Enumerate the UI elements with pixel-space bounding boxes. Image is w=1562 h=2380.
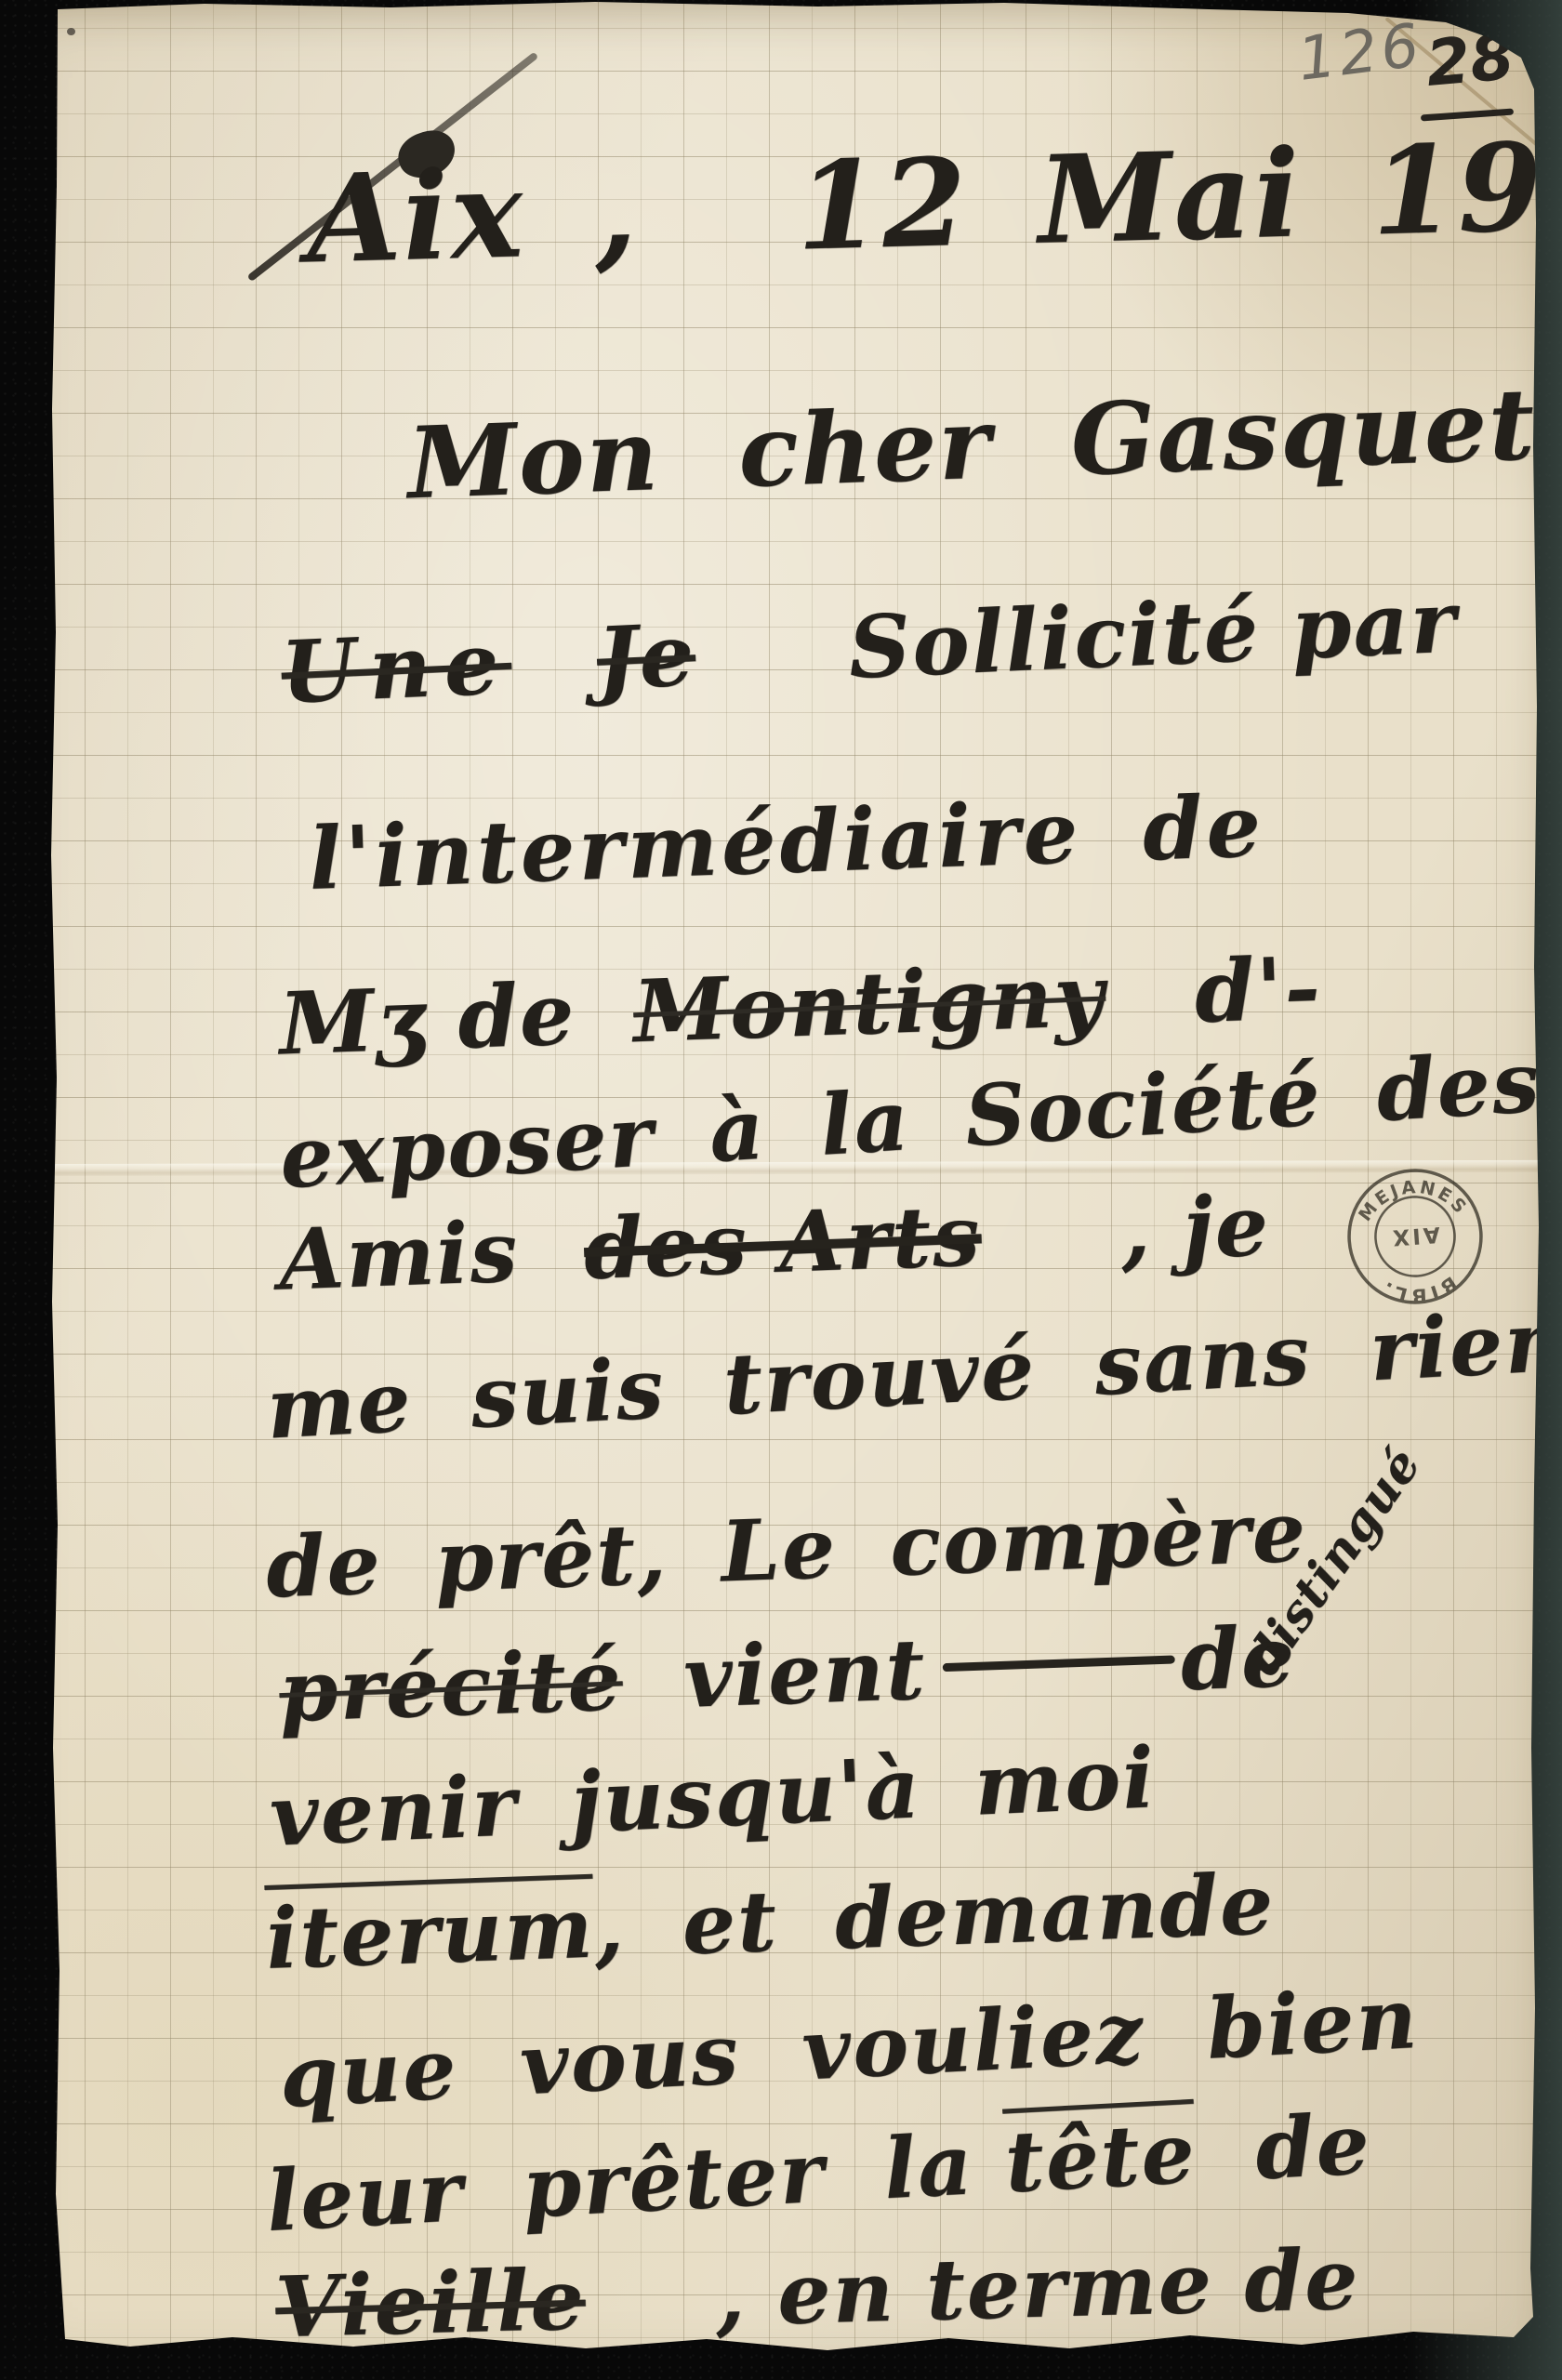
library-stamp: BIBL. MEJANES AIX [1340, 1161, 1490, 1312]
page-number-ink: 28 [1423, 20, 1517, 101]
barred-word: Montigny [631, 945, 1107, 1063]
dateline-place: Aix , [305, 139, 640, 290]
letter-page: 126 28 Aix ,12 Mai 1902 , Mon cher Gasqu… [0, 0, 1562, 2380]
scan-background: 126 28 Aix ,12 Mai 1902 , Mon cher Gasqu… [0, 0, 1562, 2380]
dateline-date: 12 Mai 1902 , [794, 109, 1562, 278]
barred-word: précité [277, 1631, 624, 1741]
stamp-arc-bottom-text: MEJANES [1352, 1172, 1474, 1226]
tbar-word: tête [1002, 2104, 1198, 2213]
strikethrough-word: des Arts [582, 1186, 983, 1299]
strikethrough-word: Vieille [274, 2251, 587, 2358]
ink-scribble-bar [943, 1655, 1175, 1672]
strikethrough-word: Je [595, 604, 698, 709]
ink-speck [67, 28, 75, 35]
svg-text:MEJANES: MEJANES [1352, 1172, 1474, 1226]
stamp-center-text: AIX [1389, 1222, 1441, 1250]
tbar-word: iterum [264, 1879, 596, 1989]
strikethrough-word: Une [279, 613, 513, 723]
